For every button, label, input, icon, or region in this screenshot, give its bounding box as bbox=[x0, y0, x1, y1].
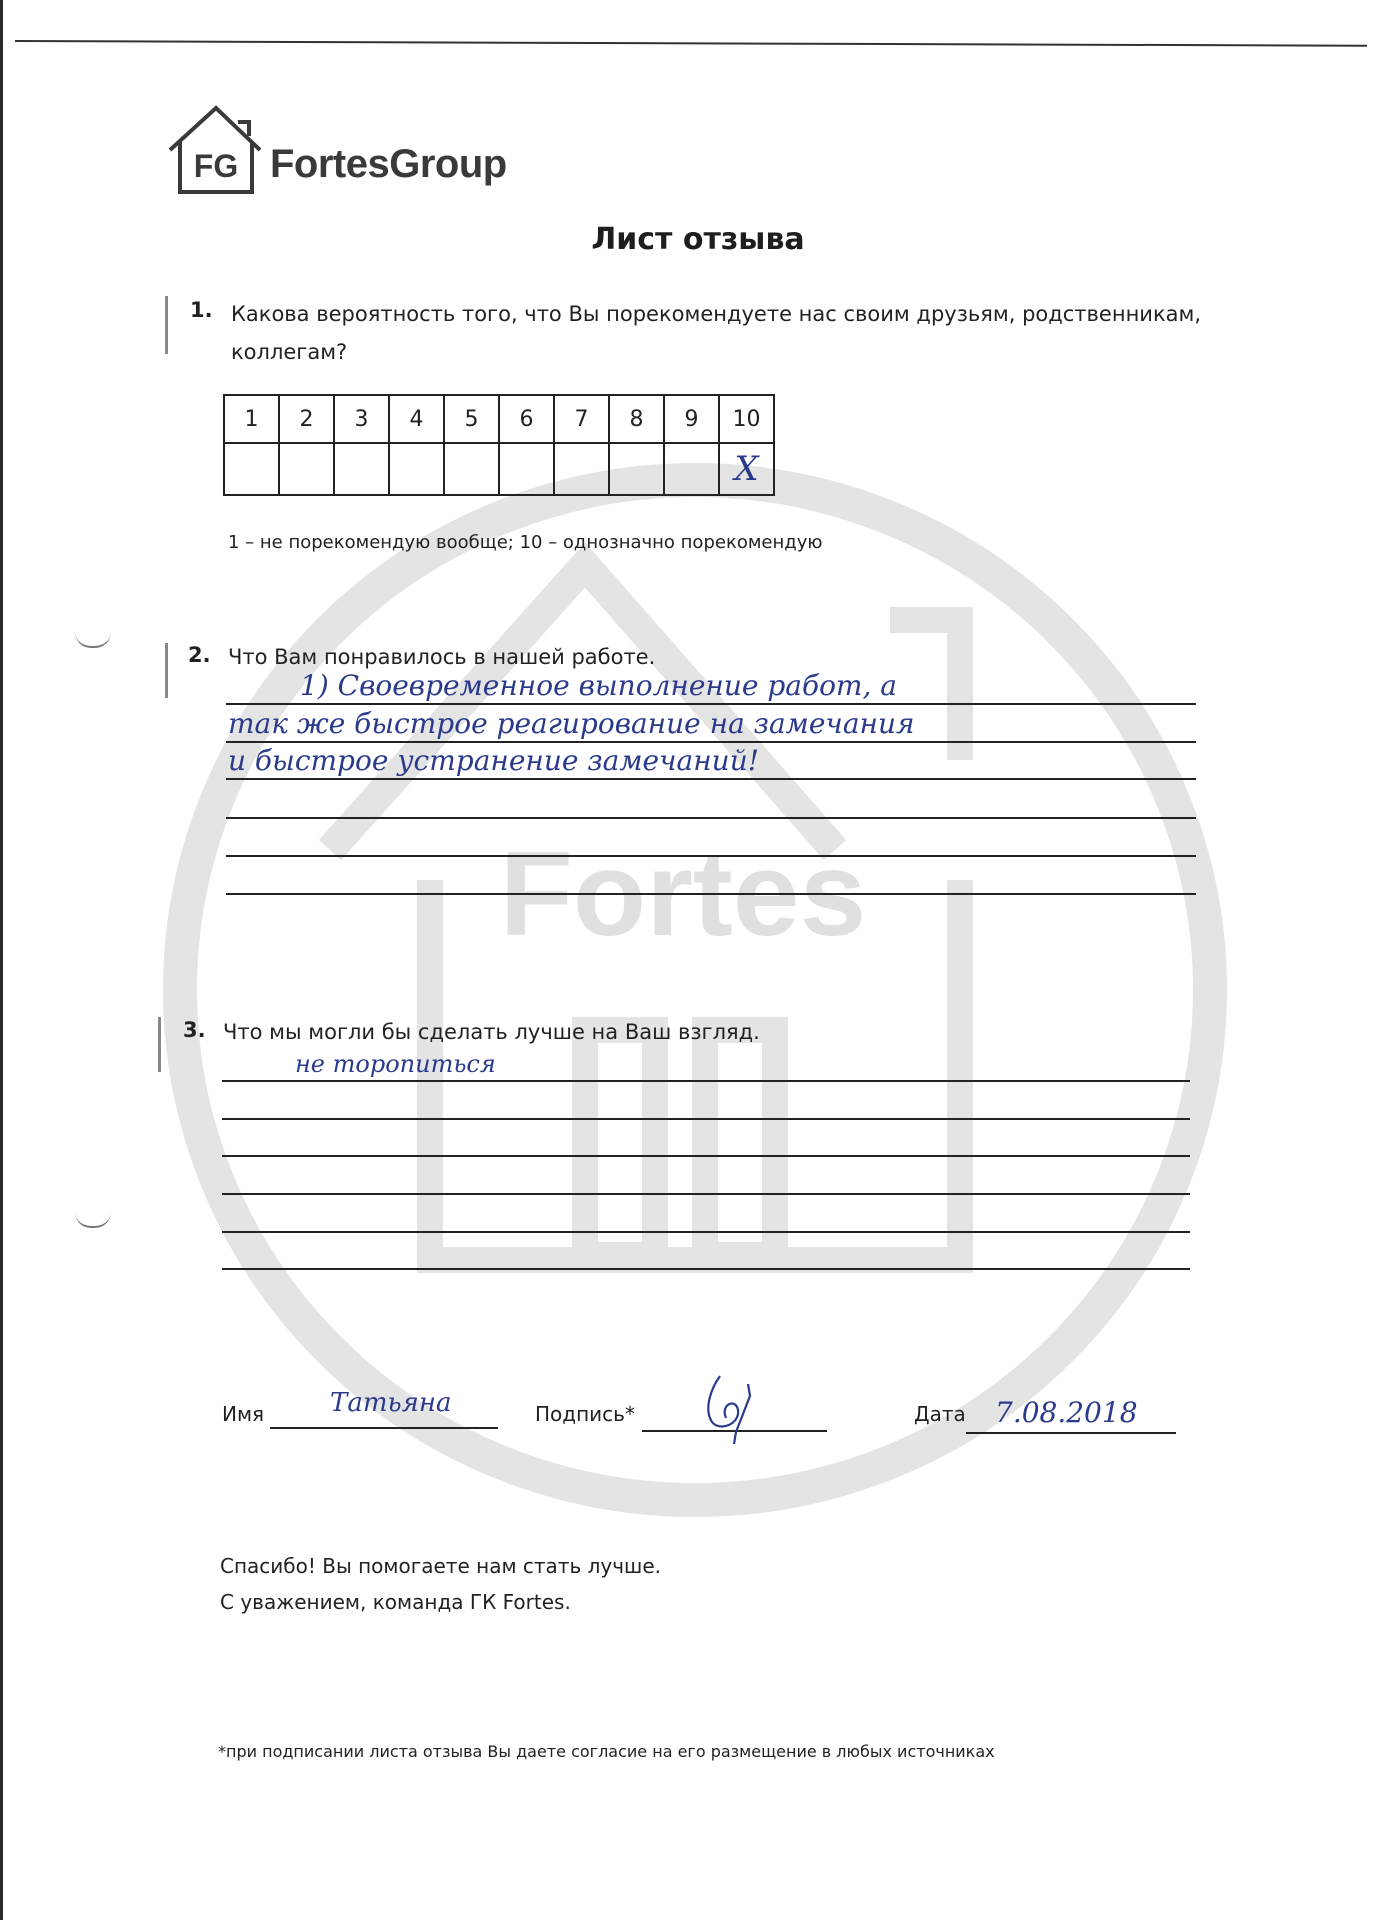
name-field-line bbox=[270, 1427, 498, 1429]
answer-line bbox=[226, 778, 1196, 780]
rating-scale-hint: 1 – не порекомендую вообще; 10 – однозна… bbox=[228, 532, 823, 553]
selected-mark: X bbox=[734, 449, 758, 489]
regards-text: С уважением, команда ГК Fortes. bbox=[220, 1584, 661, 1620]
rating-option-9[interactable]: 9 bbox=[664, 395, 719, 443]
answer-text[interactable]: не торопиться bbox=[295, 1050, 496, 1078]
rating-option-4[interactable]: 4 bbox=[389, 395, 444, 443]
name-label: Имя bbox=[222, 1402, 264, 1426]
answer-text[interactable]: 1) Своевременное выполнение работ, а bbox=[300, 669, 897, 702]
rating-cell-4[interactable] bbox=[389, 443, 444, 495]
answer-line bbox=[226, 741, 1196, 743]
rating-scale-marks: X bbox=[224, 443, 774, 495]
closing-text: Спасибо! Вы помогаете нам стать лучше. С… bbox=[220, 1548, 661, 1620]
rating-cell-7[interactable] bbox=[554, 443, 609, 495]
answer-text[interactable]: и быстрое устранение замечаний! bbox=[228, 744, 759, 777]
thanks-text: Спасибо! Вы помогаете нам стать лучше. bbox=[220, 1548, 661, 1584]
rating-option-3[interactable]: 3 bbox=[334, 395, 389, 443]
svg-text:FG: FG bbox=[194, 148, 238, 184]
rating-option-1[interactable]: 1 bbox=[224, 395, 279, 443]
fortes-watermark: Fortes bbox=[0, 0, 1396, 1920]
logo-text: FortesGroup bbox=[270, 142, 507, 187]
rating-option-10[interactable]: 10 bbox=[719, 395, 774, 443]
rating-cell-8[interactable] bbox=[609, 443, 664, 495]
answer-line bbox=[226, 817, 1196, 819]
answer-line bbox=[222, 1268, 1190, 1270]
rating-cell-2[interactable] bbox=[279, 443, 334, 495]
punch-hole-mark bbox=[75, 632, 111, 648]
rating-cell-10[interactable]: X bbox=[719, 443, 774, 495]
answer-line bbox=[226, 855, 1196, 857]
rating-cell-9[interactable] bbox=[664, 443, 719, 495]
answer-line bbox=[222, 1193, 1190, 1195]
rating-option-2[interactable]: 2 bbox=[279, 395, 334, 443]
rating-scale-header: 1 2 3 4 5 6 7 8 9 10 bbox=[224, 395, 774, 443]
consent-note: *при подписании листа отзыва Вы даете со… bbox=[218, 1742, 995, 1761]
answer-text[interactable]: так же быстрое реагирование на замечания bbox=[228, 707, 915, 740]
house-logo-icon: FG bbox=[168, 104, 264, 196]
page-title: Лист отзыва bbox=[0, 222, 1396, 257]
signature-label: Подпись* bbox=[535, 1402, 635, 1426]
answer-line bbox=[226, 893, 1196, 895]
question-1-number: 1. bbox=[190, 298, 213, 322]
question-1-text: Какова вероятность того, что Вы порекоме… bbox=[231, 295, 1201, 371]
question-marker bbox=[165, 643, 168, 698]
rating-option-7[interactable]: 7 bbox=[554, 395, 609, 443]
rating-option-8[interactable]: 8 bbox=[609, 395, 664, 443]
date-label: Дата bbox=[914, 1402, 966, 1426]
name-field[interactable]: Татьяна bbox=[330, 1388, 452, 1418]
scan-edge bbox=[0, 0, 3, 1920]
rating-cell-5[interactable] bbox=[444, 443, 499, 495]
question-marker bbox=[158, 1017, 161, 1072]
answer-line bbox=[222, 1155, 1190, 1157]
rating-scale-table: 1 2 3 4 5 6 7 8 9 10 X bbox=[223, 394, 775, 496]
answer-line bbox=[222, 1080, 1190, 1082]
question-marker bbox=[165, 296, 168, 354]
date-field-line bbox=[966, 1432, 1176, 1434]
rating-cell-6[interactable] bbox=[499, 443, 554, 495]
answer-line bbox=[226, 703, 1196, 705]
top-divider bbox=[15, 40, 1367, 47]
punch-hole-mark bbox=[75, 1212, 111, 1228]
signature-scribble-icon[interactable] bbox=[690, 1370, 770, 1450]
fortes-logo: FG bbox=[168, 104, 264, 196]
answer-line bbox=[222, 1231, 1190, 1233]
rating-cell-3[interactable] bbox=[334, 443, 389, 495]
question-2-number: 2. bbox=[188, 643, 211, 667]
question-3-text: Что мы могли бы сделать лучше на Ваш взг… bbox=[223, 1013, 760, 1051]
rating-option-5[interactable]: 5 bbox=[444, 395, 499, 443]
date-field[interactable]: 7.08.2018 bbox=[995, 1396, 1138, 1429]
question-3-number: 3. bbox=[183, 1018, 206, 1042]
rating-option-6[interactable]: 6 bbox=[499, 395, 554, 443]
answer-line bbox=[222, 1118, 1190, 1120]
rating-cell-1[interactable] bbox=[224, 443, 279, 495]
